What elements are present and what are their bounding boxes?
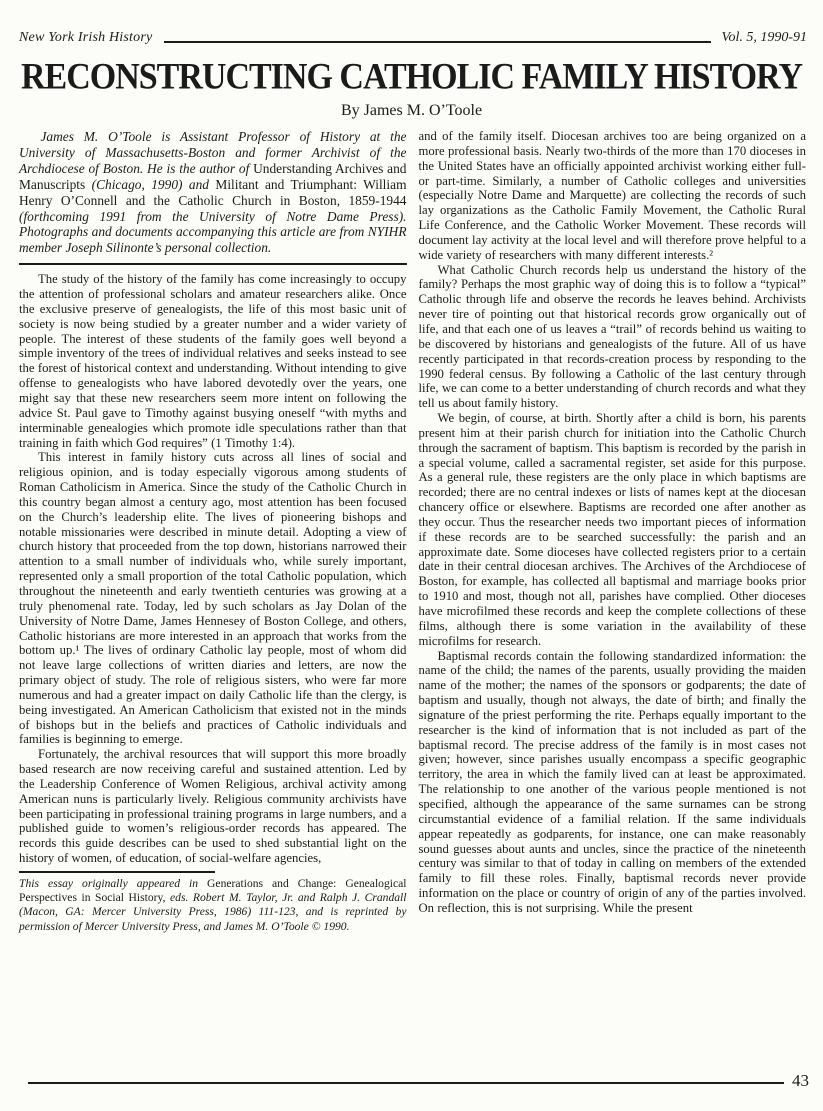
left-column: James M. O’Toole is Assistant Professor …	[19, 129, 407, 934]
page-number: 43	[792, 1072, 809, 1089]
paragraph: The study of the history of the family h…	[19, 272, 407, 450]
journal-name: New York Irish History	[19, 30, 152, 46]
paragraph: Fortunately, the archival resources that…	[19, 747, 407, 866]
right-column: and of the family itself. Diocesan archi…	[419, 129, 807, 934]
reprint-footnote: This essay originally appeared in Genera…	[19, 877, 407, 934]
paragraph: This interest in family history cuts acr…	[19, 450, 407, 747]
author-note: James M. O’Toole is Assistant Professor …	[19, 129, 407, 265]
author-note-segment: (forthcoming 1991 from the University of…	[19, 209, 407, 256]
article-body: James M. O’Toole is Assistant Professor …	[19, 129, 806, 934]
paragraph: What Catholic Church records help us und…	[419, 263, 807, 411]
footnote-segment: This essay originally appeared in	[19, 877, 207, 890]
footer-rule	[28, 1082, 784, 1084]
article-byline: By James M. O’Toole	[0, 102, 823, 120]
page-footer: 43	[28, 1072, 809, 1089]
paragraph: Baptismal records contain the following …	[419, 649, 807, 916]
header-rule	[164, 41, 711, 43]
paragraph: We begin, of course, at birth. Shortly a…	[419, 411, 807, 649]
paragraph: and of the family itself. Diocesan archi…	[419, 129, 807, 263]
author-note-segment: (Chicago, 1990) and	[92, 177, 216, 192]
article-title: RECONSTRUCTING CATHOLIC FAMILY HISTORY	[0, 57, 823, 98]
running-head: New York Irish History Vol. 5, 1990-91	[19, 30, 807, 46]
volume-label: Vol. 5, 1990-91	[721, 30, 807, 46]
journal-page: New York Irish History Vol. 5, 1990-91 R…	[0, 0, 823, 1111]
footnote-separator	[19, 871, 215, 873]
